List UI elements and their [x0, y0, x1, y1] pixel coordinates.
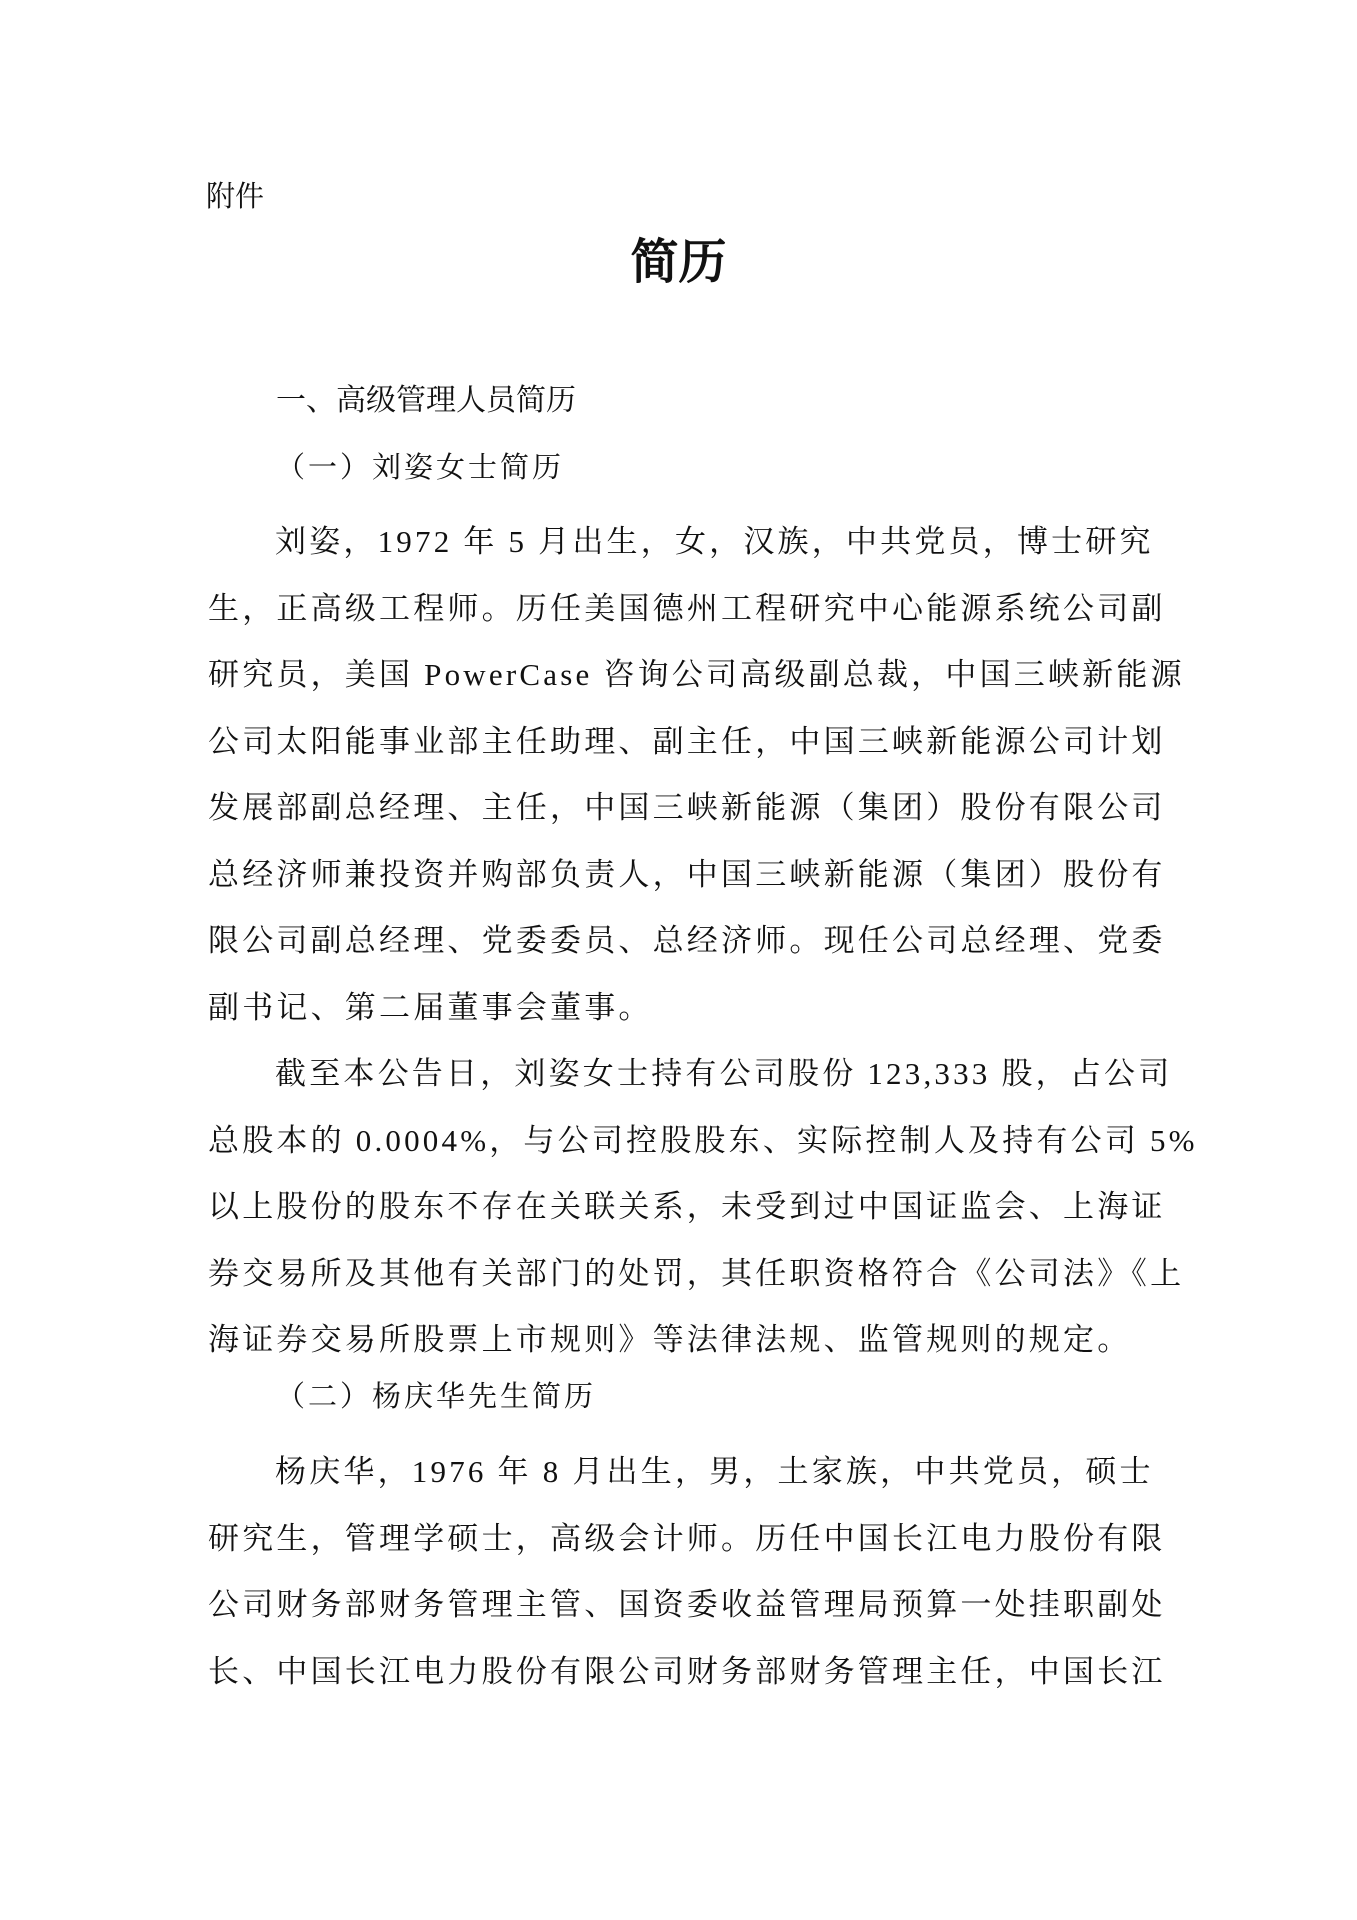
paragraph-line: 总股本的 0.0004%，与公司控股股东、实际控制人及持有公司 5% [208, 1108, 1152, 1175]
paragraph-line: 副书记、第二届董事会董事。 [208, 975, 1152, 1042]
subsection-heading-liu-zi: （一）刘姿女士简历 [276, 453, 564, 482]
paragraph-liu-zi-bio: 刘姿，1972 年 5 月出生，女，汉族，中共党员，博士研究 生，正高级工程师。… [208, 509, 1152, 1041]
document-title: 简历 [0, 238, 1357, 286]
paragraph-line: 公司财务部财务管理主管、国资委收益管理局预算一处挂职副处 [208, 1572, 1152, 1639]
subsection-heading-yang-qinghua: （二）杨庆华先生简历 [276, 1382, 596, 1411]
section-heading: 一、高级管理人员简历 [276, 386, 576, 416]
paragraph-line: 截至本公告日，刘姿女士持有公司股份 123,333 股，占公司 [208, 1041, 1152, 1108]
paragraph-line: 刘姿，1972 年 5 月出生，女，汉族，中共党员，博士研究 [208, 509, 1152, 576]
paragraph-line: 券交易所及其他有关部门的处罚，其任职资格符合《公司法》《上 [208, 1241, 1152, 1308]
paragraph-line: 海证券交易所股票上市规则》等法律法规、监管规则的规定。 [208, 1307, 1152, 1374]
paragraph-line: 限公司副总经理、党委委员、总经济师。现任公司总经理、党委 [208, 908, 1152, 975]
paragraph-line: 杨庆华，1976 年 8 月出生，男，土家族，中共党员，硕士 [208, 1439, 1152, 1506]
document-page: 附件 简历 一、高级管理人员简历 （一）刘姿女士简历 刘姿，1972 年 5 月… [0, 0, 1357, 1920]
paragraph-line: 研究员，美国 PowerCase 咨询公司高级副总裁，中国三峡新能源 [208, 642, 1152, 709]
paragraph-line: 公司太阳能事业部主任助理、副主任，中国三峡新能源公司计划 [208, 709, 1152, 776]
paragraph-line: 发展部副总经理、主任，中国三峡新能源（集团）股份有限公司 [208, 775, 1152, 842]
document-title-text: 简历 [630, 234, 726, 290]
attachment-label: 附件 [206, 182, 264, 211]
paragraph-line: 长、中国长江电力股份有限公司财务部财务管理主任，中国长江 [208, 1639, 1152, 1706]
paragraph-line: 以上股份的股东不存在关联关系，未受到过中国证监会、上海证 [208, 1174, 1152, 1241]
paragraph-line: 生，正高级工程师。历任美国德州工程研究中心能源系统公司副 [208, 576, 1152, 643]
paragraph-line: 研究生，管理学硕士，高级会计师。历任中国长江电力股份有限 [208, 1506, 1152, 1573]
paragraph-liu-zi-shareholding: 截至本公告日，刘姿女士持有公司股份 123,333 股，占公司 总股本的 0.0… [208, 1041, 1152, 1374]
paragraph-line: 总经济师兼投资并购部负责人，中国三峡新能源（集团）股份有 [208, 842, 1152, 909]
paragraph-yang-qinghua-bio: 杨庆华，1976 年 8 月出生，男，土家族，中共党员，硕士 研究生，管理学硕士… [208, 1439, 1152, 1705]
